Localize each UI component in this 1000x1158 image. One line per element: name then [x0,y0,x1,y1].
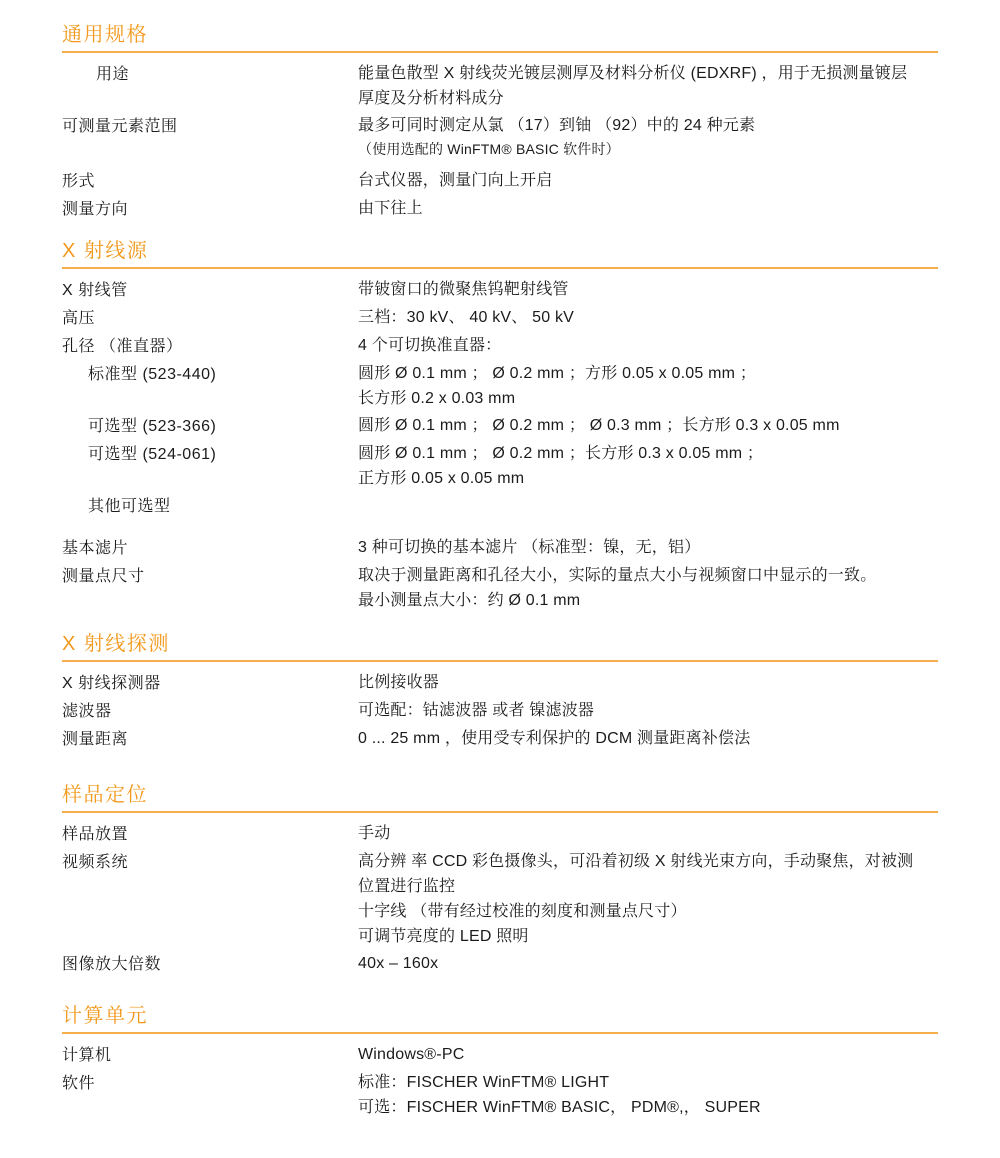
section-title: 计算单元 [62,1005,938,1028]
spec-row: 其他可选型 [62,493,938,519]
spec-label: 软件 [62,1070,358,1096]
spec-label: 基本滤片 [62,535,358,561]
spec-label: 测量方向 [62,196,358,222]
section-divider [62,660,938,662]
section-title: X 射线探测 [62,633,938,656]
spec-value: 比例接收器 [358,670,938,695]
spec-row: 可选型 (524-061) 圆形 Ø 0.1 mm ； Ø 0.2 mm ；长方… [62,441,938,491]
section-title: 样品定位 [62,784,938,807]
spec-row: 图像放大倍数 40x – 160x [62,951,938,977]
section-computing-unit: 计算单元 计算机 Windows®-PC 软件 标准：FISCHER WinFT… [62,1005,938,1120]
spec-label: 高压 [62,305,358,331]
spec-row: 可测量元素范围 最多可同时测定从氯 （17）到铀 （92）中的 24 种元素 （… [62,113,938,166]
spec-value: 可选配：钴滤波器 或者 镍滤波器 [358,698,938,723]
spec-row: X 射线管 带铍窗口的微聚焦钨靶射线管 [62,277,938,303]
spec-value: 0 ... 25 mm ，使用受专利保护的 DCM 测量距离补偿法 [358,726,938,751]
spec-value: 最多可同时测定从氯 （17）到铀 （92）中的 24 种元素 [358,113,938,138]
spec-label: 形式 [62,168,358,194]
spec-value: 40x – 160x [358,951,938,976]
spec-row: X 射线探测器 比例接收器 [62,670,938,696]
spec-row: 滤波器 可选配：钴滤波器 或者 镍滤波器 [62,698,938,724]
spec-label: 视频系统 [62,849,358,875]
spec-label: 可选型 (524-061) [62,441,358,467]
spec-value: 三档：30 kV、 40 kV、 50 kV [358,305,938,330]
spec-row: 样品放置 手动 [62,821,938,847]
spec-row: 形式 台式仪器，测量门向上开启 [62,168,938,194]
spec-label: 用途 [62,61,358,87]
spec-row: 软件 标准：FISCHER WinFTM® LIGHT 可选：FISCHER W… [62,1070,938,1120]
section-divider [62,811,938,813]
spec-row: 孔径 （准直器） 4 个可切换准直器： [62,333,938,359]
spec-value: 由下往上 [358,196,938,221]
spec-label: 样品放置 [62,821,358,847]
spec-row: 基本滤片 3 种可切换的基本滤片 （标准型：镍，无，铝） [62,535,938,561]
spec-value: 4 个可切换准直器： [358,333,938,358]
spec-value: 圆形 Ø 0.1 mm ； Ø 0.2 mm ；方形 0.05 x 0.05 m… [358,361,938,411]
spec-value: 3 种可切换的基本滤片 （标准型：镍，无，铝） [358,535,938,560]
spec-value: 圆形 Ø 0.1 mm ； Ø 0.2 mm ；长方形 0.3 x 0.05 m… [358,441,938,491]
spec-value: 标准：FISCHER WinFTM® LIGHT 可选：FISCHER WinF… [358,1070,938,1120]
spec-label: 计算机 [62,1042,358,1068]
spec-row: 视频系统 高分辨 率 CCD 彩色摄像头，可沿着初级 X 射线光束方向，手动聚焦… [62,849,938,949]
section-title: 通用规格 [62,24,938,47]
spec-value: 手动 [358,821,938,846]
spec-label: 其他可选型 [62,493,358,519]
spec-label: 滤波器 [62,698,358,724]
spec-note: （使用选配的 WinFTM® BASIC 软件时） [358,138,938,161]
spec-label: 可选型 (523-366) [62,413,358,439]
section-divider [62,1032,938,1034]
spec-value: 带铍窗口的微聚焦钨靶射线管 [358,277,938,302]
spec-label: 图像放大倍数 [62,951,358,977]
spec-row: 可选型 (523-366) 圆形 Ø 0.1 mm ； Ø 0.2 mm ； Ø… [62,413,938,439]
spec-label: X 射线管 [62,277,358,303]
section-divider [62,51,938,53]
spec-label: 孔径 （准直器） [62,333,358,359]
spec-label: 测量点尺寸 [62,563,358,589]
spec-label: 测量距离 [62,726,358,752]
spec-row: 计算机 Windows®-PC [62,1042,938,1068]
spec-value: 台式仪器，测量门向上开启 [358,168,938,193]
spec-row: 标准型 (523-440) 圆形 Ø 0.1 mm ； Ø 0.2 mm ；方形… [62,361,938,411]
spec-label: X 射线探测器 [62,670,358,696]
section-title: X 射线源 [62,240,938,263]
section-general-specs: 通用规格 用途 能量色散型 X 射线荧光镀层测厚及材料分析仪 (EDXRF) ，… [62,24,938,222]
spec-label: 标准型 (523-440) [62,361,358,387]
spec-value [358,493,938,518]
section-sample-positioning: 样品定位 样品放置 手动 视频系统 高分辨 率 CCD 彩色摄像头，可沿着初级 … [62,784,938,977]
spec-value: 取决于测量距离和孔径大小，实际的量点大小与视频窗口中显示的一致。 最小测量点大小… [358,563,938,613]
section-xray-detection: X 射线探测 X 射线探测器 比例接收器 滤波器 可选配：钴滤波器 或者 镍滤波… [62,633,938,752]
spec-value: 圆形 Ø 0.1 mm ； Ø 0.2 mm ； Ø 0.3 mm ；长方形 0… [358,413,938,438]
spec-row: 测量点尺寸 取决于测量距离和孔径大小，实际的量点大小与视频窗口中显示的一致。 最… [62,563,938,613]
spec-row: 测量方向 由下往上 [62,196,938,222]
spec-value: 高分辨 率 CCD 彩色摄像头，可沿着初级 X 射线光束方向，手动聚焦，对被测 … [358,849,938,949]
spec-row: 高压 三档：30 kV、 40 kV、 50 kV [62,305,938,331]
spec-value: Windows®-PC [358,1042,938,1067]
section-xray-source: X 射线源 X 射线管 带铍窗口的微聚焦钨靶射线管 高压 三档：30 kV、 4… [62,240,938,613]
spec-row: 用途 能量色散型 X 射线荧光镀层测厚及材料分析仪 (EDXRF) ，用于无损测… [62,61,938,111]
spec-row: 测量距离 0 ... 25 mm ，使用受专利保护的 DCM 测量距离补偿法 [62,726,938,752]
spec-value-group: 最多可同时测定从氯 （17）到铀 （92）中的 24 种元素 （使用选配的 Wi… [358,113,938,166]
section-divider [62,267,938,269]
spec-value: 能量色散型 X 射线荧光镀层测厚及材料分析仪 (EDXRF) ，用于无损测量镀层… [358,61,938,111]
spec-sheet-page: 通用规格 用途 能量色散型 X 射线荧光镀层测厚及材料分析仪 (EDXRF) ，… [0,0,1000,1120]
spec-label: 可测量元素范围 [62,113,358,139]
